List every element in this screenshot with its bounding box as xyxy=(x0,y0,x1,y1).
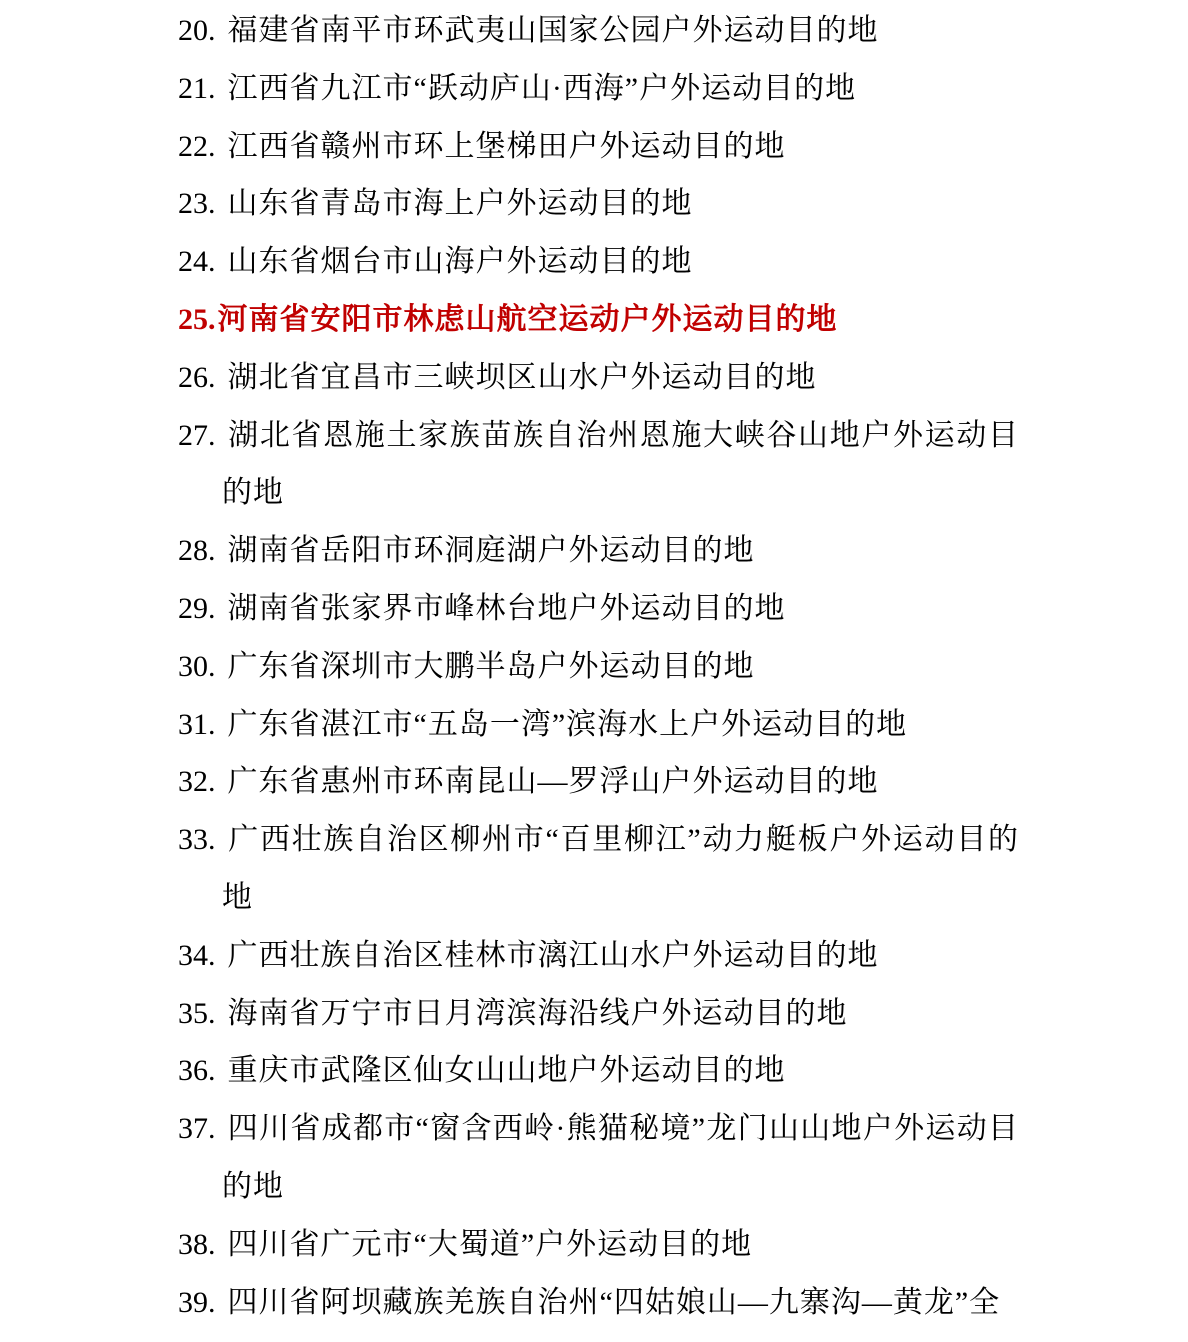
item-number: 30. xyxy=(178,650,216,683)
list-item: 20.福建省南平市环武夷山国家公园户外运动目的地 xyxy=(178,2,1019,60)
item-number: 29. xyxy=(178,592,216,625)
item-text: 湖南省岳阳市环洞庭湖户外运动目的地 xyxy=(228,534,755,567)
item-text: 广东省惠州市环南昆山—罗浮山户外运动目的地 xyxy=(228,765,879,798)
item-number: 23. xyxy=(178,187,216,220)
item-number: 38. xyxy=(178,1228,216,1261)
item-text: 四川省阿坝藏族羌族自治州“四姑娘山—九寨沟—黄龙”全 xyxy=(228,1286,1001,1319)
list-item-highlighted: 25.河南省安阳市林虑山航空运动户外运动目的地 xyxy=(178,291,1019,349)
item-text: 广西壮族自治区柳州市“百里柳江”动力艇板户外运动目的地 xyxy=(222,823,1019,914)
list-item: 34.广西壮族自治区桂林市漓江山水户外运动目的地 xyxy=(178,927,1019,985)
list-item: 29.湖南省张家界市峰林台地户外运动目的地 xyxy=(178,580,1019,638)
item-text: 四川省成都市“窗含西岭·熊猫秘境”龙门山山地户外运动目的地 xyxy=(222,1112,1019,1203)
list-item: 33.广西壮族自治区柳州市“百里柳江”动力艇板户外运动目的地 xyxy=(178,811,1019,927)
item-text: 山东省烟台市山海户外运动目的地 xyxy=(228,245,693,278)
list-item: 31.广东省湛江市“五岛一湾”滨海水上户外运动目的地 xyxy=(178,696,1019,754)
item-text: 海南省万宁市日月湾滨海沿线户外运动目的地 xyxy=(228,997,848,1030)
list-item: 35.海南省万宁市日月湾滨海沿线户外运动目的地 xyxy=(178,985,1019,1043)
item-text: 河南省安阳市林虑山航空运动户外运动目的地 xyxy=(218,303,838,336)
item-number: 26. xyxy=(178,361,216,394)
item-number: 35. xyxy=(178,997,216,1030)
item-number: 31. xyxy=(178,708,216,741)
list-item: 21.江西省九江市“跃动庐山·西海”户外运动目的地 xyxy=(178,60,1019,118)
list-item: 28.湖南省岳阳市环洞庭湖户外运动目的地 xyxy=(178,522,1019,580)
item-number: 34. xyxy=(178,939,216,972)
item-text: 广西壮族自治区桂林市漓江山水户外运动目的地 xyxy=(228,939,879,972)
list-item: 27.湖北省恩施土家族苗族自治州恩施大峡谷山地户外运动目的地 xyxy=(178,407,1019,523)
item-text: 江西省赣州市环上堡梯田户外运动目的地 xyxy=(228,130,786,163)
item-text: 四川省广元市“大蜀道”户外运动目的地 xyxy=(228,1228,753,1261)
item-text: 湖北省宜昌市三峡坝区山水户外运动目的地 xyxy=(228,361,817,394)
item-text: 重庆市武隆区仙女山山地户外运动目的地 xyxy=(228,1054,786,1087)
item-number: 39. xyxy=(178,1286,216,1319)
item-number: 32. xyxy=(178,765,216,798)
item-text: 江西省九江市“跃动庐山·西海”户外运动目的地 xyxy=(228,72,857,105)
list-item: 32.广东省惠州市环南昆山—罗浮山户外运动目的地 xyxy=(178,753,1019,811)
list-item: 39.四川省阿坝藏族羌族自治州“四姑娘山—九寨沟—黄龙”全 xyxy=(178,1274,1019,1332)
document-page: 20.福建省南平市环武夷山国家公园户外运动目的地 21.江西省九江市“跃动庐山·… xyxy=(0,0,1188,1342)
item-number: 36. xyxy=(178,1054,216,1087)
list-item: 38.四川省广元市“大蜀道”户外运动目的地 xyxy=(178,1216,1019,1274)
item-text: 福建省南平市环武夷山国家公园户外运动目的地 xyxy=(228,14,879,47)
item-number: 21. xyxy=(178,72,216,105)
destination-list: 20.福建省南平市环武夷山国家公园户外运动目的地 21.江西省九江市“跃动庐山·… xyxy=(178,2,1019,1331)
list-item: 23.山东省青岛市海上户外运动目的地 xyxy=(178,175,1019,233)
item-number: 25. xyxy=(178,303,216,336)
item-text: 湖南省张家界市峰林台地户外运动目的地 xyxy=(228,592,786,625)
list-item: 26.湖北省宜昌市三峡坝区山水户外运动目的地 xyxy=(178,349,1019,407)
item-number: 20. xyxy=(178,14,216,47)
list-item: 24.山东省烟台市山海户外运动目的地 xyxy=(178,233,1019,291)
item-number: 28. xyxy=(178,534,216,567)
list-item: 37.四川省成都市“窗含西岭·熊猫秘境”龙门山山地户外运动目的地 xyxy=(178,1100,1019,1216)
item-number: 33. xyxy=(178,823,216,856)
item-text: 广东省湛江市“五岛一湾”滨海水上户外运动目的地 xyxy=(228,708,908,741)
item-text: 山东省青岛市海上户外运动目的地 xyxy=(228,187,693,220)
list-item: 22.江西省赣州市环上堡梯田户外运动目的地 xyxy=(178,118,1019,176)
list-item: 30.广东省深圳市大鹏半岛户外运动目的地 xyxy=(178,638,1019,696)
item-number: 37. xyxy=(178,1112,216,1145)
item-text: 湖北省恩施土家族苗族自治州恩施大峡谷山地户外运动目的地 xyxy=(222,419,1019,510)
item-number: 24. xyxy=(178,245,216,278)
item-text: 广东省深圳市大鹏半岛户外运动目的地 xyxy=(228,650,755,683)
list-item: 36.重庆市武隆区仙女山山地户外运动目的地 xyxy=(178,1042,1019,1100)
item-number: 22. xyxy=(178,130,216,163)
item-number: 27. xyxy=(178,419,216,452)
